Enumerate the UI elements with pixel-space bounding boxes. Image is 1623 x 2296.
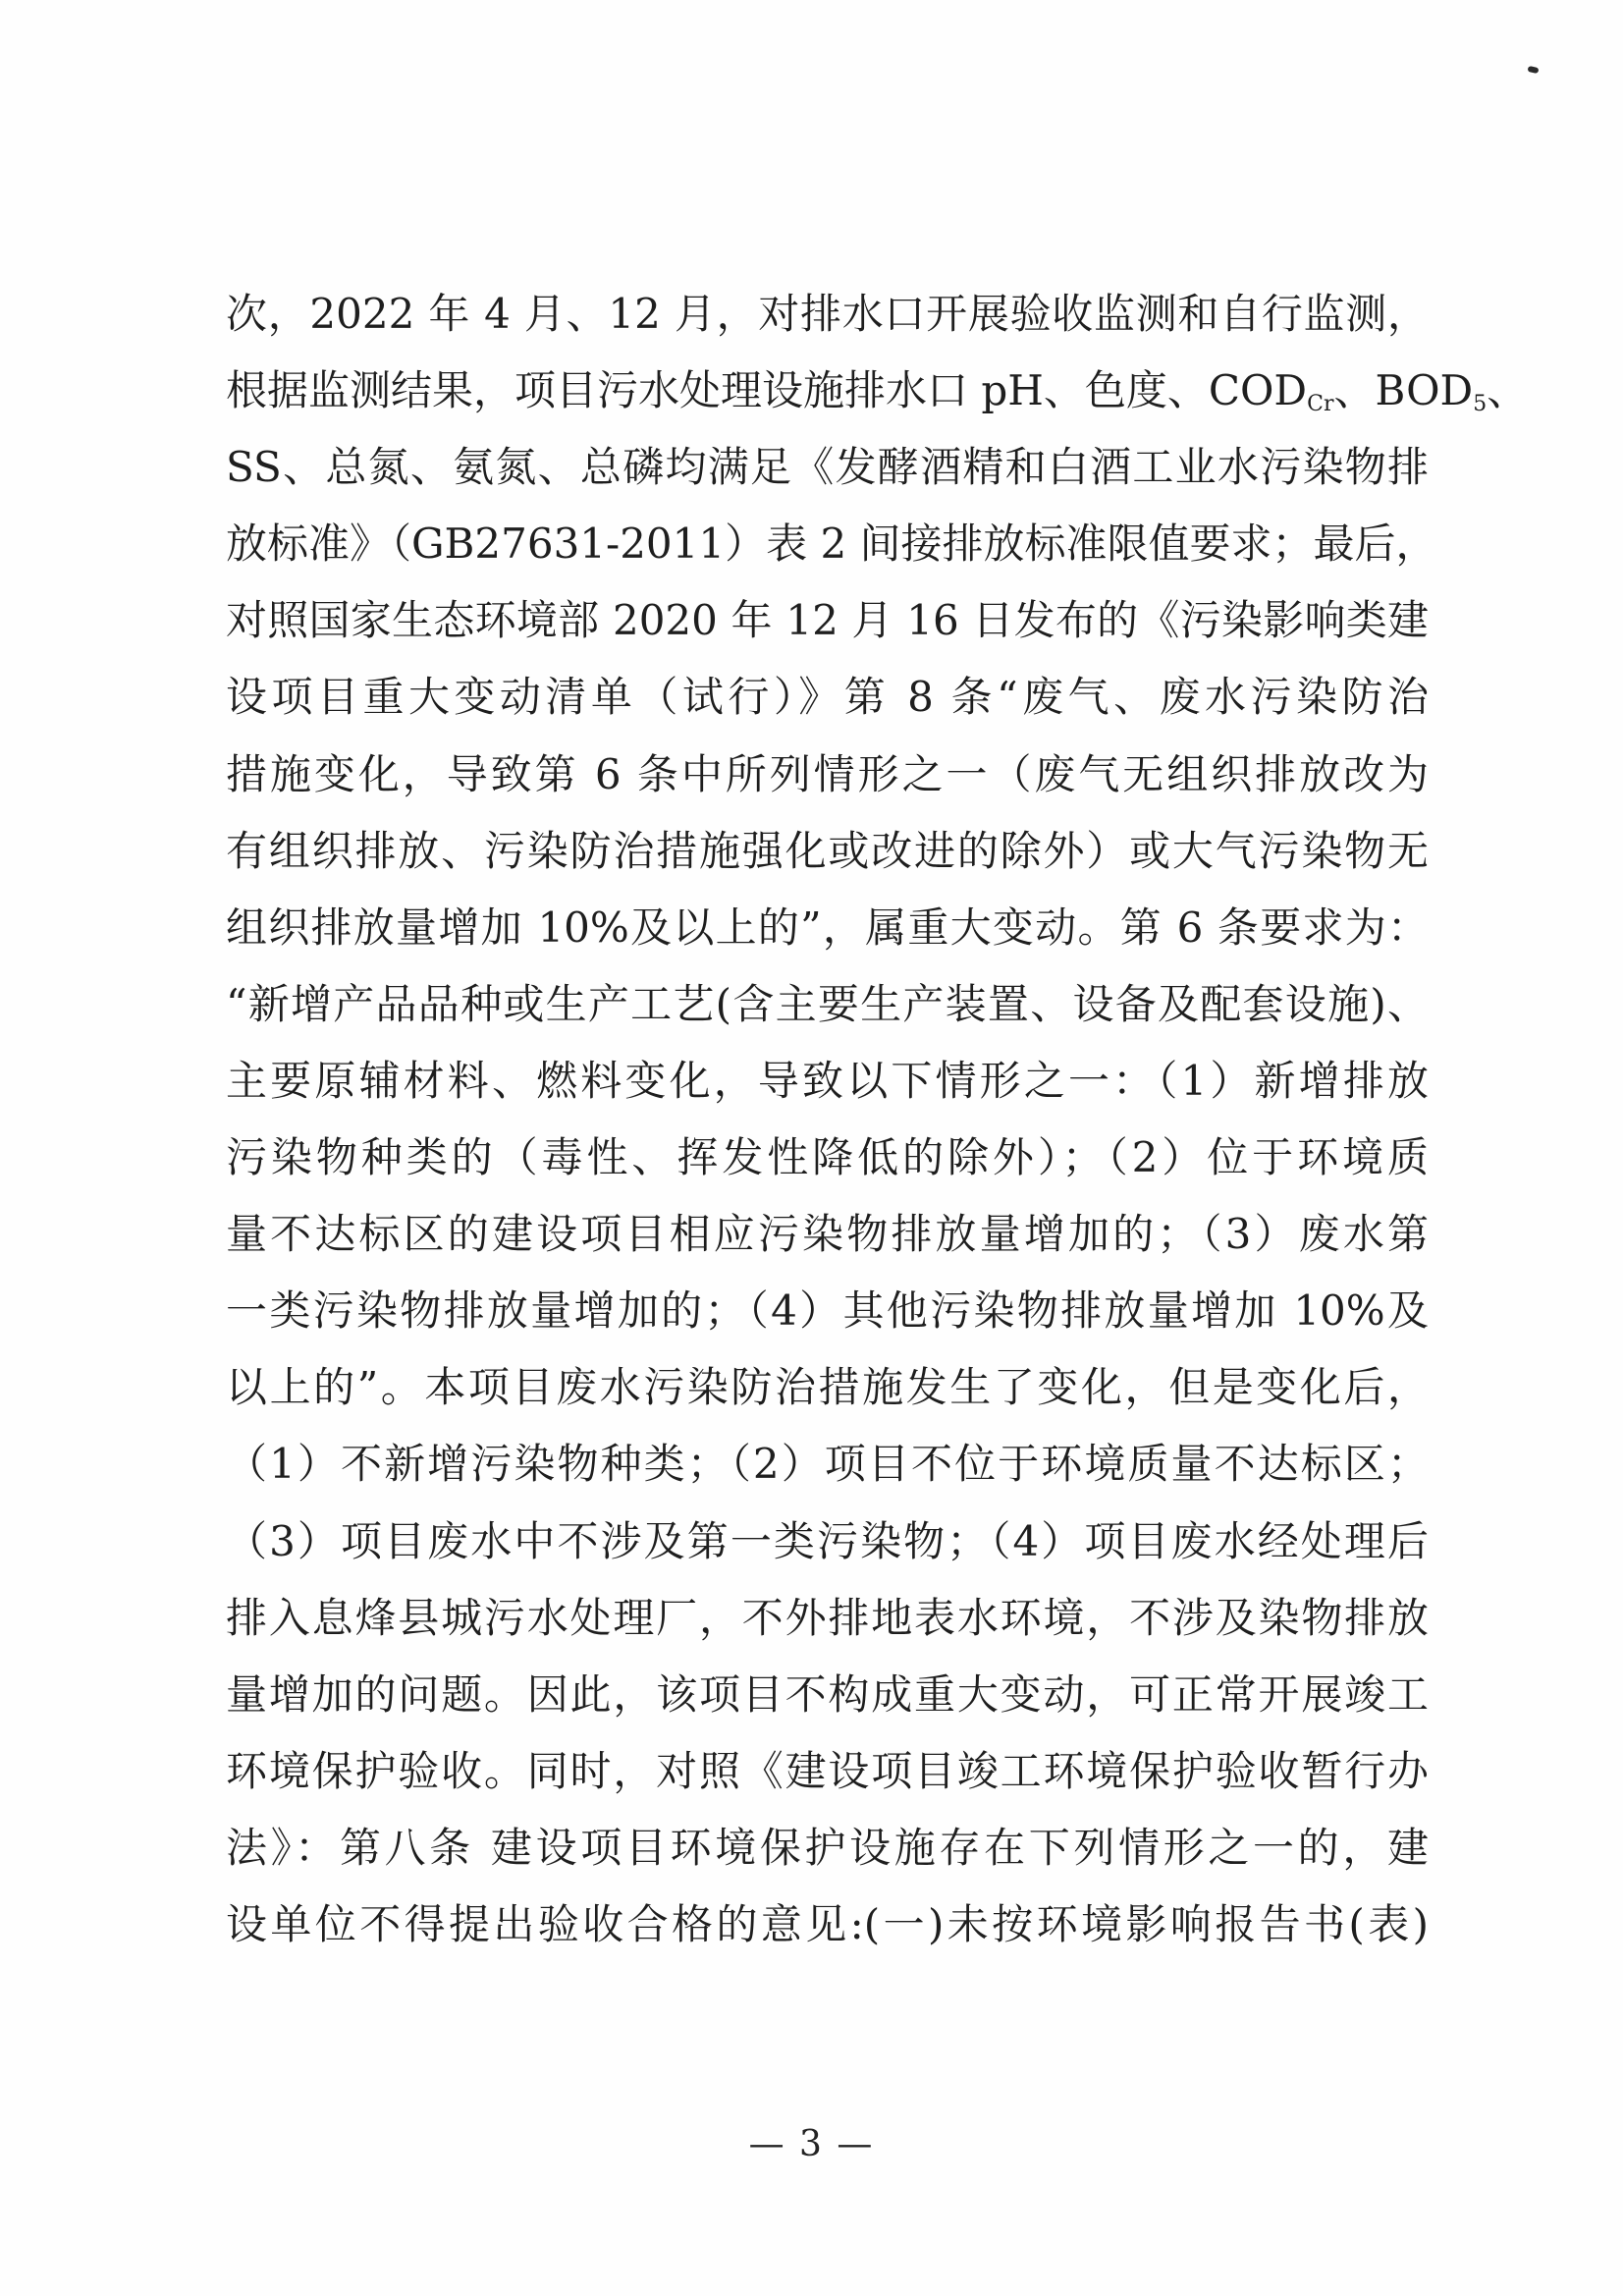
body-paragraph: 次，2022 年 4 月、12 月，对排水口开展验收监测和自行监测， 根据监测结… (226, 287, 1429, 1974)
line-2-prefix: 根据监测结果，项目污水处理设施排水口 pH、色度、COD (226, 366, 1307, 414)
cod-subscript: Cr (1307, 392, 1333, 416)
text-line-12: 污染物种类的（毒性、挥发性降低的除外）；（2）位于环境质 (226, 1130, 1429, 1207)
line-2-suffix: 、 (1487, 366, 1528, 414)
text-line-20: 环境保护验收。同时，对照《建设项目竣工环境保护验收暂行办 (226, 1744, 1429, 1821)
text-line-6: 设项目重大变动清单（试行）》第 8 条“废气、废水污染防治 (226, 670, 1429, 746)
text-line-8: 有组织排放、污染防治措施强化或改进的除外）或大气污染物无 (226, 824, 1429, 901)
text-line-14: 一类污染物排放量增加的；（4）其他污染物排放量增加 10%及 (226, 1284, 1429, 1360)
text-line-2: 根据监测结果，项目污水处理设施排水口 pH、色度、CODCr、BOD5、 (226, 363, 1429, 440)
text-line-10: “新增产品品种或生产工艺(含主要生产装置、设备及配套设施)、 (226, 977, 1429, 1054)
text-line-15: 以上的”。本项目废水污染防治措施发生了变化，但是变化后， (226, 1360, 1429, 1437)
page-number: — 3 — (0, 2123, 1623, 2166)
text-line-18: 排入息烽县城污水处理厂，不外排地表水环境，不涉及染物排放 (226, 1591, 1429, 1667)
text-line-11: 主要原辅材料、燃料变化，导致以下情形之一：（1）新增排放 (226, 1054, 1429, 1130)
text-line-21: 法》：第八条 建设项目环境保护设施存在下列情形之一的，建 (226, 1821, 1429, 1897)
line-2-middle: 、BOD (1333, 366, 1473, 414)
scan-artifact-mark (1527, 66, 1539, 74)
text-line-1: 次，2022 年 4 月、12 月，对排水口开展验收监测和自行监测， (226, 287, 1429, 363)
text-line-5: 对照国家生态环境部 2020 年 12 月 16 日发布的《污染影响类建 (226, 593, 1429, 670)
text-line-4: 放标准》（GB27631-2011）表 2 间接排放标准限值要求；最后， (226, 517, 1429, 593)
text-line-16: （1）不新增污染物种类；（2）项目不位于环境质量不达标区； (226, 1437, 1429, 1513)
text-line-19: 量增加的问题。因此，该项目不构成重大变动，可正常开展竣工 (226, 1667, 1429, 1744)
text-line-9: 组织排放量增加 10%及以上的”，属重大变动。第 6 条要求为： (226, 901, 1429, 977)
text-line-22: 设单位不得提出验收合格的意见:(一)未按环境影响报告书(表) (226, 1897, 1429, 1974)
text-line-7: 措施变化，导致第 6 条中所列情形之一（废气无组织排放改为 (226, 747, 1429, 824)
bod-subscript: 5 (1473, 392, 1487, 416)
text-line-13: 量不达标区的建设项目相应污染物排放量增加的；（3）废水第 (226, 1207, 1429, 1284)
text-line-3: SS、总氮、氨氮、总磷均满足《发酵酒精和白酒工业水污染物排 (226, 440, 1429, 517)
document-page: 次，2022 年 4 月、12 月，对排水口开展验收监测和自行监测， 根据监测结… (0, 0, 1623, 2296)
text-line-17: （3）项目废水中不涉及第一类污染物；（4）项目废水经处理后 (226, 1514, 1429, 1591)
